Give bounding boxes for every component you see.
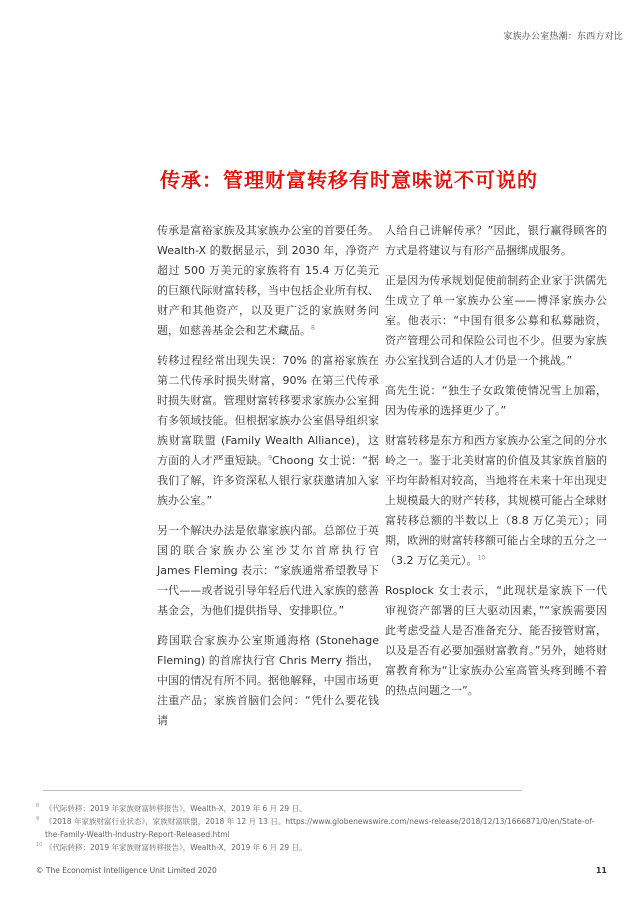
copyright: © The Economist Intelligence Unit Limite… xyxy=(36,866,217,875)
running-header: 家族办公室热潮：东西方对比 xyxy=(503,29,623,42)
footnote-divider xyxy=(43,790,522,791)
footnote-number: 8 xyxy=(36,800,39,813)
footnote-text: 《代际转移：2019 年家族财富转移报告》，Wealth-X，2019 年 6 … xyxy=(45,843,306,852)
paragraph: 另一个解决办法是依靠家族内部。总部位于英国的联合家族办公室沙艾尔首席执行官 Ja… xyxy=(157,521,379,621)
footnote-text: 《代际转移：2019 年家族财富转移报告》，Wealth-X，2019 年 6 … xyxy=(45,804,306,813)
paragraph-text: 转移过程经常出现失误：70% 的富裕家族在第二代传承时损失财富，90% 在第三代… xyxy=(157,354,379,467)
paragraph-text: 人给自己讲解传承？”因此，银行赢得顾客的方式是将建议与有形产品捆绑成服务。 xyxy=(385,224,607,257)
paragraph-text: 高先生说：“独生子女政策使情况雪上加霜，因为传承的选择更少了。” xyxy=(385,384,607,417)
footnote-number: 10 xyxy=(36,839,42,852)
paragraph-text: 跨国联合家族办公室斯通海格 (Stonehage Fleming) 的首席执行官… xyxy=(157,634,379,727)
paragraph-text: 另一个解决办法是依靠家族内部。总部位于英国的联合家族办公室沙艾尔首席执行官 Ja… xyxy=(157,524,379,617)
footnote-item: 8《代际转移：2019 年家族财富转移报告》，Wealth-X，2019 年 6… xyxy=(36,802,606,815)
paragraph-text: 正是因为传承规划促使前制药企业家于洪儒先生成立了单一家族办公室——博泽家族办公室… xyxy=(385,274,607,367)
footnotes: 8《代际转移：2019 年家族财富转移报告》，Wealth-X，2019 年 6… xyxy=(36,802,606,854)
paragraph-text: Rosplock 女士表示，“此现状是家族下一代审视资产部署的巨大驱动因素，”“… xyxy=(385,584,607,697)
paragraph: 转移过程经常出现失误：70% 的富裕家族在第二代传承时损失财富，90% 在第三代… xyxy=(157,351,379,511)
footnote-ref[interactable]: 8 xyxy=(311,324,315,331)
page-number: 11 xyxy=(596,866,607,875)
footnote-ref[interactable]: 10 xyxy=(478,554,486,561)
right-column: 人给自己讲解传承？”因此，银行赢得顾客的方式是将建议与有形产品捆绑成服务。 正是… xyxy=(385,221,607,711)
paragraph: 正是因为传承规划促使前制药企业家于洪儒先生成立了单一家族办公室——博泽家族办公室… xyxy=(385,271,607,371)
paragraph: 人给自己讲解传承？”因此，银行赢得顾客的方式是将建议与有形产品捆绑成服务。 xyxy=(385,221,607,261)
left-column: 传承是富裕家族及其家族办公室的首要任务。Wealth-X 的数据显示，到 203… xyxy=(157,221,379,741)
footnote-item: 10《代际转移：2019 年家族财富转移报告》，Wealth-X，2019 年 … xyxy=(36,841,606,854)
paragraph: 高先生说：“独生子女政策使情况雪上加霜，因为传承的选择更少了。” xyxy=(385,381,607,421)
section-title: 传承：管理财富转移有时意味说不可说的 xyxy=(160,164,538,193)
paragraph: Rosplock 女士表示，“此现状是家族下一代审视资产部署的巨大驱动因素，”“… xyxy=(385,581,607,701)
paragraph-text: 财富转移是东方和西方家族办公室之间的分水岭之一。鉴于北美财富的价值及其家族首脑的… xyxy=(385,434,607,567)
paragraph: 跨国联合家族办公室斯通海格 (Stonehage Fleming) 的首席执行官… xyxy=(157,631,379,731)
footnote-text[interactable]: 《2018 年家族财富行业状态》，家族财富联盟，2018 年 12 月 13 日… xyxy=(45,817,594,839)
footnote-item: 9《2018 年家族财富行业状态》，家族财富联盟，2018 年 12 月 13 … xyxy=(36,815,606,841)
footnote-number: 9 xyxy=(36,813,39,826)
paragraph: 传承是富裕家族及其家族办公室的首要任务。Wealth-X 的数据显示，到 203… xyxy=(157,221,379,341)
paragraph: 财富转移是东方和西方家族办公室之间的分水岭之一。鉴于北美财富的价值及其家族首脑的… xyxy=(385,431,607,571)
paragraph-text: 传承是富裕家族及其家族办公室的首要任务。Wealth-X 的数据显示，到 203… xyxy=(157,224,379,337)
